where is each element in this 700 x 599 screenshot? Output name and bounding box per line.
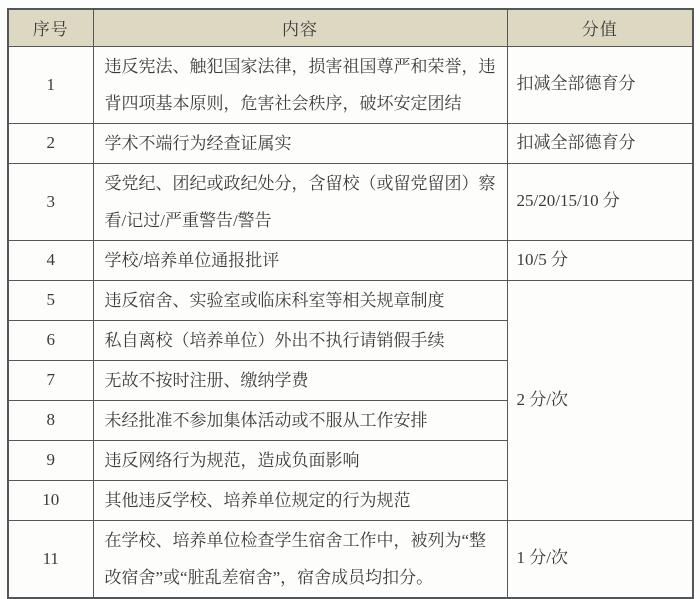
row-content-cell: 受党纪、团纪或政纪处分，含留校（或留党留团）察看/记过/严重警告/警告: [93, 163, 507, 240]
row-number-cell: 10: [8, 480, 93, 520]
row-number-cell: 2: [8, 123, 93, 163]
row-number-cell: 6: [8, 320, 93, 360]
table-body: 1违反宪法、触犯国家法律，损害祖国尊严和荣誉，违背四项基本原则，危害社会秩序，破…: [8, 46, 693, 598]
row-content-cell: 违反网络行为规范，造成负面影响: [93, 440, 507, 480]
document-page: 序号 内容 分值 1违反宪法、触犯国家法律，损害祖国尊严和荣誉，违背四项基本原则…: [0, 0, 700, 598]
header-cell-score: 分值: [507, 9, 693, 46]
row-number-cell: 4: [8, 240, 93, 280]
header-cell-content: 内容: [93, 9, 507, 46]
row-content-cell: 违反宿舍、实验室或临床科室等相关规章制度: [93, 280, 507, 320]
header-cell-no: 序号: [8, 9, 93, 46]
row-number-cell: 11: [8, 520, 93, 598]
row-number-cell: 3: [8, 163, 93, 240]
row-number-cell: 5: [8, 280, 93, 320]
table-row: 11在学校、培养单位检查学生宿舍工作中，被列为“整改宿舍”或“脏乱差宿舍”，宿舍…: [8, 520, 693, 598]
table-header: 序号 内容 分值: [8, 9, 693, 46]
table-row: 4学校/培养单位通报批评10/5 分: [8, 240, 693, 280]
row-content-cell: 在学校、培养单位检查学生宿舍工作中，被列为“整改宿舍”或“脏乱差宿舍”，宿舍成员…: [93, 520, 507, 598]
row-score-cell: 25/20/15/10 分: [507, 163, 693, 240]
score-table: 序号 内容 分值 1违反宪法、触犯国家法律，损害祖国尊严和荣誉，违背四项基本原则…: [7, 8, 694, 599]
row-score-cell: 2 分/次: [507, 280, 693, 520]
row-content-cell: 违反宪法、触犯国家法律，损害祖国尊严和荣誉，违背四项基本原则，危害社会秩序，破坏…: [93, 46, 507, 123]
row-number-cell: 8: [8, 400, 93, 440]
row-content-cell: 学校/培养单位通报批评: [93, 240, 507, 280]
table-row: 2学术不端行为经查证属实扣减全部德育分: [8, 123, 693, 163]
row-number-cell: 7: [8, 360, 93, 400]
header-row: 序号 内容 分值: [8, 9, 693, 46]
row-content-cell: 私自离校（培养单位）外出不执行请销假手续: [93, 320, 507, 360]
row-content-cell: 学术不端行为经查证属实: [93, 123, 507, 163]
table-row: 1违反宪法、触犯国家法律，损害祖国尊严和荣誉，违背四项基本原则，危害社会秩序，破…: [8, 46, 693, 123]
table-row: 5违反宿舍、实验室或临床科室等相关规章制度2 分/次: [8, 280, 693, 320]
row-content-cell: 其他违反学校、培养单位规定的行为规范: [93, 480, 507, 520]
table-row: 3受党纪、团纪或政纪处分，含留校（或留党留团）察看/记过/严重警告/警告25/2…: [8, 163, 693, 240]
row-number-cell: 1: [8, 46, 93, 123]
row-score-cell: 扣减全部德育分: [507, 123, 693, 163]
row-content-cell: 未经批准不参加集体活动或不服从工作安排: [93, 400, 507, 440]
row-score-cell: 扣减全部德育分: [507, 46, 693, 123]
row-score-cell: 10/5 分: [507, 240, 693, 280]
row-score-cell: 1 分/次: [507, 520, 693, 598]
row-number-cell: 9: [8, 440, 93, 480]
row-content-cell: 无故不按时注册、缴纳学费: [93, 360, 507, 400]
